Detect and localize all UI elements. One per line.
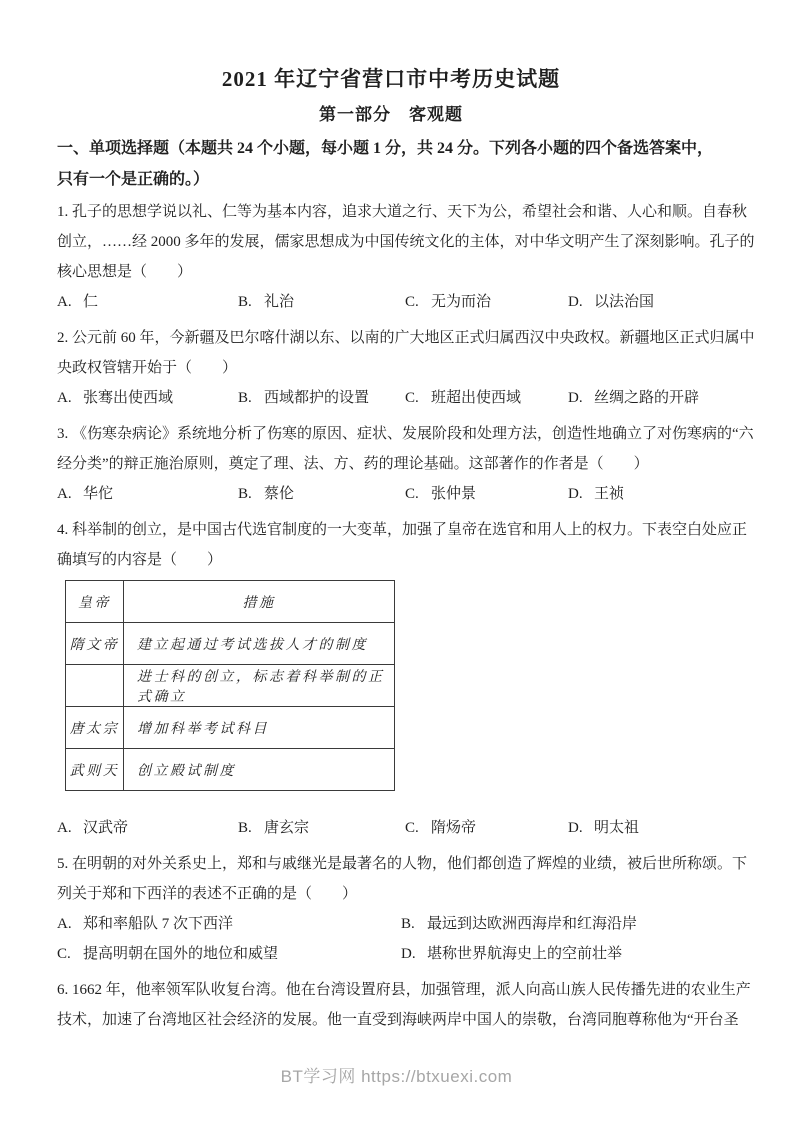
question-2-option-c: C.班超出使西域 (405, 383, 568, 413)
table-header-emperor: 皇帝 (66, 581, 124, 623)
option-b-label: B. (238, 479, 264, 509)
option-a-label: A. (57, 479, 83, 509)
question-5-option-a: A.郑和率船队 7 次下西洋 (57, 909, 401, 939)
question-5-options: A.郑和率船队 7 次下西洋 B.最远到达欧洲西海岸和红海沿岸 C.提高明朝在国… (57, 909, 725, 969)
option-a-label: A. (57, 909, 83, 939)
option-d-text: 明太祖 (594, 820, 639, 836)
question-4-options: A.汉武帝 B.唐玄宗 C.隋炀帝 D.明太祖 (57, 813, 725, 843)
question-3-options: A.华佗 B.蔡伦 C.张仲景 D.王祯 (57, 479, 725, 509)
option-b-label: B. (238, 287, 264, 317)
option-a-text: 汉武帝 (83, 820, 128, 836)
question-1-option-b: B.礼治 (238, 287, 405, 317)
table-cell-measure: 进士科的创立，标志着科举制的正式确立 (124, 665, 395, 707)
question-5-option-b: B.最远到达欧洲西海岸和红海沿岸 (401, 909, 725, 939)
table-cell-emperor: 武则天 (66, 749, 124, 791)
option-d-label: D. (568, 813, 594, 843)
question-2-option-b: B.西域都护的设置 (238, 383, 405, 413)
emperor-measures-table: 皇帝 措施 隋文帝 建立起通过考试选拔人才的制度 进士科的创立，标志着科举制的正… (65, 580, 395, 791)
part-heading: 第一部分 客观题 (57, 103, 725, 127)
table-cell-emperor-blank (66, 665, 124, 707)
option-a-label: A. (57, 813, 83, 843)
option-c-label: C. (405, 813, 431, 843)
section-intro-line-1: 一、单项选择题（本题共 24 个小题，每小题 1 分，共 24 分。下列各小题的… (57, 133, 725, 164)
question-3-stem-line: 3. 《伤寒杂病论》系统地分析了伤寒的原因、症状、发展阶段和处理方法，创造性地确… (57, 419, 725, 449)
table-cell-emperor: 唐太宗 (66, 707, 124, 749)
table-row: 唐太宗 增加科举考试科目 (66, 707, 395, 749)
option-a-text: 郑和率船队 7 次下西洋 (83, 916, 233, 932)
option-d-text: 王祯 (594, 486, 624, 502)
question-4-option-a: A.汉武帝 (57, 813, 238, 843)
question-6-stem-line: 技术，加速了台湾地区社会经济的发展。他一直受到海峡两岸中国人的崇敬，台湾同胞尊称… (57, 1005, 725, 1035)
table-row: 进士科的创立，标志着科举制的正式确立 (66, 665, 395, 707)
option-d-label: D. (568, 479, 594, 509)
question-2-option-a: A.张骞出使西域 (57, 383, 238, 413)
question-2-options: A.张骞出使西域 B.西域都护的设置 C.班超出使西域 D.丝绸之路的开辟 (57, 383, 725, 413)
question-1-option-d: D.以法治国 (568, 287, 725, 317)
option-b-label: B. (238, 813, 264, 843)
option-a-text: 仁 (83, 294, 98, 310)
option-a-label: A. (57, 287, 83, 317)
question-2-stem-line: 2. 公元前 60 年，今新疆及巴尔喀什湖以东、以南的广大地区正式归属西汉中央政… (57, 323, 725, 353)
question-3: 3. 《伤寒杂病论》系统地分析了伤寒的原因、症状、发展阶段和处理方法，创造性地确… (57, 419, 725, 509)
question-5-stem-line: 5. 在明朝的对外关系史上，郑和与戚继光是最著名的人物，他们都创造了辉煌的业绩，… (57, 849, 725, 879)
question-5: 5. 在明朝的对外关系史上，郑和与戚继光是最著名的人物，他们都创造了辉煌的业绩，… (57, 849, 725, 969)
option-c-text: 提高明朝在国外的地位和威望 (83, 946, 278, 962)
question-3-stem-line: 经分类”的辩正施治原则，奠定了理、法、方、药的理论基础。这部著作的作者是（ ） (57, 449, 725, 479)
option-b-label: B. (401, 909, 427, 939)
question-3-option-c: C.张仲景 (405, 479, 568, 509)
option-d-label: D. (568, 287, 594, 317)
option-d-text: 以法治国 (594, 294, 654, 310)
table-row: 武则天 创立殿试制度 (66, 749, 395, 791)
option-c-text: 张仲景 (431, 486, 476, 502)
question-4-option-c: C.隋炀帝 (405, 813, 568, 843)
option-a-text: 张骞出使西域 (83, 390, 173, 406)
question-4: 4. 科举制的创立，是中国古代选官制度的一大变革，加强了皇帝在选官和用人上的权力… (57, 515, 725, 843)
option-c-label: C. (405, 383, 431, 413)
question-1-option-c: C.无为而治 (405, 287, 568, 317)
option-d-text: 丝绸之路的开辟 (594, 390, 699, 406)
option-b-text: 礼治 (264, 294, 294, 310)
question-3-option-a: A.华佗 (57, 479, 238, 509)
option-d-label: D. (401, 939, 427, 969)
question-4-stem-line: 4. 科举制的创立，是中国古代选官制度的一大变革，加强了皇帝在选官和用人上的权力… (57, 515, 725, 545)
option-d-text: 堪称世界航海史上的空前壮举 (427, 946, 622, 962)
question-1-stem-line: 创立，……经 2000 多年的发展，儒家思想成为中国传统文化的主体，对中华文明产… (57, 227, 725, 257)
table-cell-emperor: 隋文帝 (66, 623, 124, 665)
question-2-option-d: D.丝绸之路的开辟 (568, 383, 725, 413)
question-1-options: A.仁 B.礼治 C.无为而治 D.以法治国 (57, 287, 725, 317)
option-b-text: 蔡伦 (264, 486, 294, 502)
question-1-stem-line: 1. 孔子的思想学说以礼、仁等为基本内容，追求大道之行、天下为公，希望社会和谐、… (57, 197, 725, 227)
question-1: 1. 孔子的思想学说以礼、仁等为基本内容，追求大道之行、天下为公，希望社会和谐、… (57, 197, 725, 317)
question-6: 6. 1662 年，他率领军队收复台湾。他在台湾设置府县，加强管理，派人向高山族… (57, 975, 725, 1035)
question-5-option-c: C.提高明朝在国外的地位和威望 (57, 939, 401, 969)
question-1-stem-line: 核心思想是（ ） (57, 257, 725, 287)
question-1-option-a: A.仁 (57, 287, 238, 317)
table-row: 隋文帝 建立起通过考试选拔人才的制度 (66, 623, 395, 665)
question-4-option-b: B.唐玄宗 (238, 813, 405, 843)
option-a-label: A. (57, 383, 83, 413)
page-title: 2021 年辽宁省营口市中考历史试题 (57, 66, 725, 93)
option-c-label: C. (405, 479, 431, 509)
question-6-stem-line: 6. 1662 年，他率领军队收复台湾。他在台湾设置府县，加强管理，派人向高山族… (57, 975, 725, 1005)
question-4-stem-line: 确填写的内容是（ ） (57, 545, 725, 575)
question-5-stem-line: 列关于郑和下西洋的表述不正确的是（ ） (57, 879, 725, 909)
option-c-text: 隋炀帝 (431, 820, 476, 836)
table-header-measure: 措施 (124, 581, 395, 623)
table-header-row: 皇帝 措施 (66, 581, 395, 623)
option-d-label: D. (568, 383, 594, 413)
section-intro: 一、单项选择题（本题共 24 个小题，每小题 1 分，共 24 分。下列各小题的… (57, 133, 725, 195)
table-cell-measure: 增加科举考试科目 (124, 707, 395, 749)
question-5-option-d: D.堪称世界航海史上的空前壮举 (401, 939, 725, 969)
footer-watermark: BT学习网 https://btxuexi.com (0, 1065, 793, 1089)
exam-paper-page: 2021 年辽宁省营口市中考历史试题 第一部分 客观题 一、单项选择题（本题共 … (0, 0, 793, 1122)
question-3-option-d: D.王祯 (568, 479, 725, 509)
table-cell-measure: 建立起通过考试选拔人才的制度 (124, 623, 395, 665)
option-b-label: B. (238, 383, 264, 413)
table-cell-measure: 创立殿试制度 (124, 749, 395, 791)
option-a-text: 华佗 (83, 486, 113, 502)
option-c-label: C. (57, 939, 83, 969)
option-c-text: 无为而治 (431, 294, 491, 310)
option-b-text: 西域都护的设置 (264, 390, 369, 406)
question-3-option-b: B.蔡伦 (238, 479, 405, 509)
question-2: 2. 公元前 60 年，今新疆及巴尔喀什湖以东、以南的广大地区正式归属西汉中央政… (57, 323, 725, 413)
option-b-text: 最远到达欧洲西海岸和红海沿岸 (427, 916, 637, 932)
section-intro-line-2: 只有一个是正确的。） (57, 164, 725, 195)
option-b-text: 唐玄宗 (264, 820, 309, 836)
question-2-stem-line: 央政权管辖开始于（ ） (57, 353, 725, 383)
option-c-label: C. (405, 287, 431, 317)
option-c-text: 班超出使西域 (431, 390, 521, 406)
question-4-option-d: D.明太祖 (568, 813, 725, 843)
